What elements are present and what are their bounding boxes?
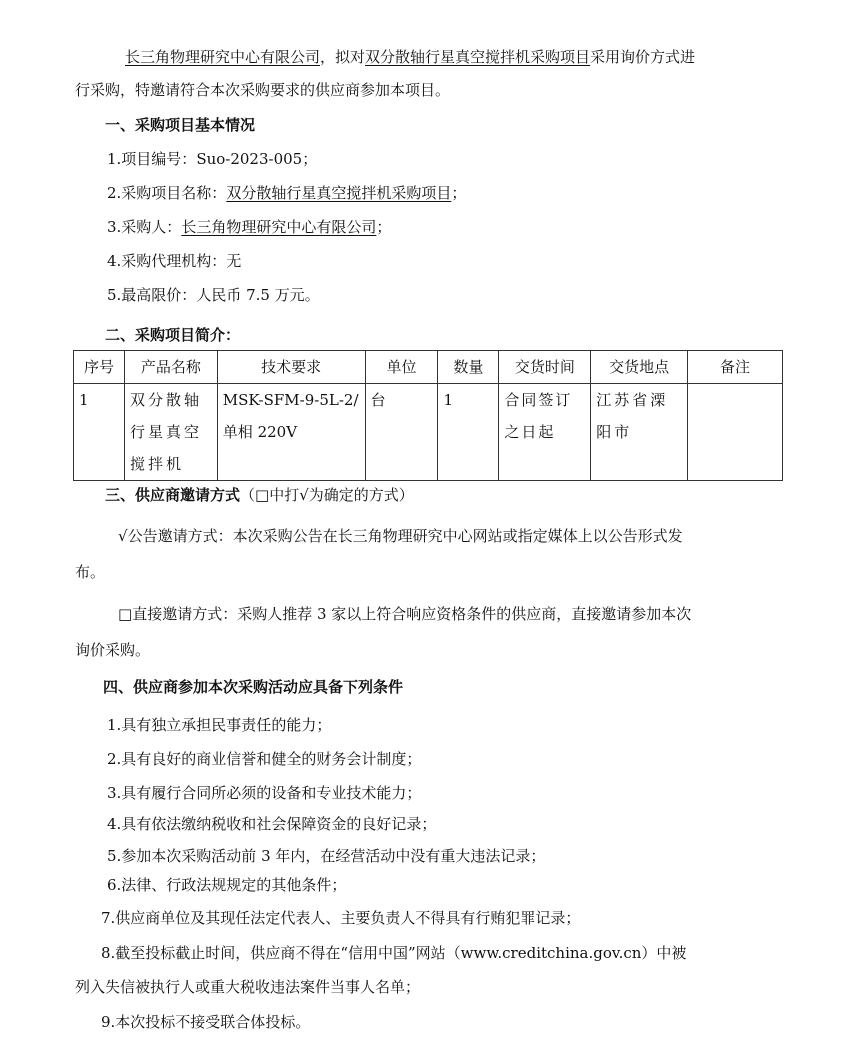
item-price-cap: 5.最高限价：人民币 7.5 万元。 (107, 285, 320, 305)
intro-line-1: 长三角物理研究中心有限公司，拟对双分散轴行星真空搅拌机采购项目采用询价方式进 (125, 47, 695, 67)
condition-2: 2.具有良好的商业信誉和健全的财务会计制度； (107, 749, 421, 769)
project-table: 序号 产品名称 技术要求 单位 数量 交货时间 交货地点 备注 1 双分散轴 行… (73, 350, 783, 481)
header-unit: 单位 (365, 351, 438, 384)
header-remark: 备注 (688, 351, 783, 384)
section-1-title: 一、采购项目基本情况 (105, 115, 255, 135)
header-qty: 数量 (438, 351, 499, 384)
cell-qty: 1 (438, 384, 499, 481)
cell-spec: MSK-SFM-9-5L-2/ 单相 220V (217, 384, 365, 481)
condition-8-cont: 列入失信被执行人或重大税收违法案件当事人名单； (75, 977, 420, 997)
header-product: 产品名称 (124, 351, 217, 384)
condition-6: 6.法律、行政法规规定的其他条件； (107, 875, 346, 895)
invite-option-direct-cont: 询价采购。 (75, 640, 150, 660)
invite-option-public-cont: 布。 (75, 562, 105, 582)
item-project-number: 1.项目编号：Suo-2023-005； (107, 149, 317, 169)
cell-delivery-time: 合同签订 之日起 (499, 384, 591, 481)
project-name: 双分散轴行星真空搅拌机采购项目 (365, 48, 590, 66)
condition-5: 5.参加本次采购活动前 3 年内，在经营活动中没有重大违法记录； (107, 846, 545, 866)
header-delivery-place: 交货地点 (591, 351, 688, 384)
condition-7: 7.供应商单位及其现任法定代表人、主要负责人不得具有行贿犯罪记录； (101, 908, 580, 928)
buyer-name: 长三角物理研究中心有限公司 (125, 48, 320, 66)
condition-8: 8.截至投标截止时间，供应商不得在“信用中国”网站（www.creditchin… (101, 943, 686, 963)
invite-option-public: √公告邀请方式：本次采购公告在长三角物理研究中心网站或指定媒体上以公告形式发 (118, 526, 683, 546)
item-agency: 4.采购代理机构：无 (107, 251, 241, 271)
intro-line-2: 行采购，特邀请符合本次采购要求的供应商参加本项目。 (75, 80, 450, 100)
checkbox-empty-icon: □ (118, 605, 132, 623)
section-4-title: 四、供应商参加本次采购活动应具备下列条件 (103, 677, 403, 697)
section-2-title: 二、采购项目简介： (105, 325, 240, 345)
cell-unit: 台 (365, 384, 438, 481)
cell-delivery-place: 江苏省溧 阳市 (591, 384, 688, 481)
condition-9: 9.本次投标不接受联合体投标。 (101, 1012, 310, 1032)
item-project-name: 2.采购项目名称：双分散轴行星真空搅拌机采购项目； (107, 183, 466, 203)
header-delivery-time: 交货时间 (499, 351, 591, 384)
invite-option-direct: □直接邀请方式：采购人推荐 3 家以上符合响应资格条件的供应商，直接邀请参加本次 (118, 604, 691, 624)
checkmark-icon: √ (118, 527, 128, 545)
table-header-row: 序号 产品名称 技术要求 单位 数量 交货时间 交货地点 备注 (74, 351, 783, 384)
table-row: 1 双分散轴 行星真空 搅拌机 MSK-SFM-9-5L-2/ 单相 220V … (74, 384, 783, 481)
cell-no: 1 (74, 384, 125, 481)
cell-product: 双分散轴 行星真空 搅拌机 (124, 384, 217, 481)
header-spec: 技术要求 (217, 351, 365, 384)
condition-3: 3.具有履行合同所必须的设备和专业技术能力； (107, 783, 421, 803)
cell-remark (688, 384, 783, 481)
section-3-title: 三、供应商邀请方式（□中打√为确定的方式） (105, 485, 414, 505)
header-no: 序号 (74, 351, 125, 384)
item-purchaser: 3.采购人：长三角物理研究中心有限公司； (107, 217, 391, 237)
condition-4: 4.具有依法缴纳税收和社会保障资金的良好记录； (107, 814, 436, 834)
condition-1: 1.具有独立承担民事责任的能力； (107, 715, 331, 735)
